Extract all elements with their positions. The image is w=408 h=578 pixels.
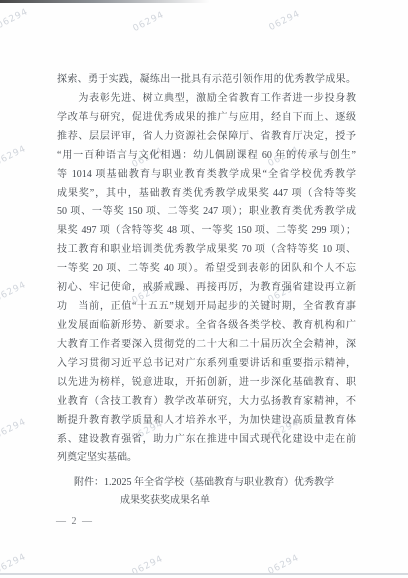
- attachment-note: 附件：1.2025 年全省学校（基础教育与职业教育）优秀教学 成果奖获奖成果名单: [57, 474, 359, 510]
- attachment-note-line2: 成果奖获奖成果名单: [57, 492, 359, 510]
- watermark: 06294: [268, 9, 303, 33]
- body-text-line: 成果奖”，其中，基础教育类优秀教学成果奖 447 项（含特等奖: [57, 185, 356, 204]
- body-text-line: 探索、勇于实践，凝练出一批具有示范引领作用的优秀教学成果。: [57, 71, 356, 90]
- body-text-line: 业发展面临新形势、新要求。全省各级各类学校、教育机构和广: [57, 317, 356, 336]
- body-text-line: 等 1014 项基础教育与职业教育类教学成果“全省学校优秀教学: [57, 166, 356, 185]
- body-text-line: “用一百种语言与文化相遇：幼儿偶剧课程 60 年的传承与创生”: [57, 147, 356, 166]
- body-text-line: 列奠定坚实基础。: [57, 449, 356, 468]
- document-body: 探索、勇于实践，凝练出一批具有示范引领作用的优秀教学成果。 为表彰先进、树立典型…: [57, 71, 356, 468]
- body-text-line: 推荐、层层评审，省人力资源社会保障厅、省教育厅决定，授予: [57, 128, 356, 147]
- body-text-line: 初心、牢记使命，戒骄戒躁、再接再厉，为教育强省建设再立新功。: [57, 279, 356, 298]
- watermark: 06294: [0, 280, 28, 304]
- watermark: 06294: [0, 144, 28, 168]
- attachment-note-line1: 附件：1.2025 年全省学校（基础教育与职业教育）优秀教学: [57, 474, 359, 492]
- body-text-line: 断提升教育教学质量和人才培养水平，为加快建设高质量教育体: [57, 412, 356, 431]
- scanned-document-page: 06294 06294 06294 06294 06294 06294 0629…: [0, 0, 408, 578]
- watermark: 06294: [0, 417, 28, 441]
- watermark: 06294: [132, 10, 167, 34]
- body-text-line: 业教育（含技工教育）教学改革研究，大力弘扬教育家精神，不: [57, 393, 356, 412]
- body-text-line: 大教育工作者要深入贯彻党的二十大和二十届历次全会精神，深: [57, 336, 356, 355]
- body-text-line: 当前，正值“十五五”规划开局起步的关键时期，全省教育事: [57, 298, 356, 317]
- body-text-line: 50 项、一等奖 150 项、二等奖 247 项）；职业教育类优秀教学成: [57, 203, 356, 222]
- page-number: — 2 —: [56, 516, 94, 527]
- body-text-line: 学改革与研究，促进优秀成果的推广与应用，经自下而上、逐级: [57, 109, 356, 128]
- watermark: 06294: [0, 7, 30, 31]
- body-text-line: 技工教育和职业培训类优秀教学成果奖 70 项（含特等奖 10 项、: [57, 241, 356, 260]
- body-text-line: 一等奖 20 项、二等奖 40 项）。希望受到表彰的团队和个人不忘: [57, 260, 356, 279]
- body-text-line: 为表彰先进、树立典型，激励全省教育工作者进一步投身教: [57, 90, 356, 109]
- body-text-line: 系、建设教育强省，助力广东在推进中国式现代化建设中走在前: [57, 431, 356, 450]
- body-text-line: 以先进为榜样，锐意进取，开拓创新，进一步深化基础教育、职: [57, 374, 356, 393]
- body-text-line: 果奖 497 项（含特等奖 48 项、一等奖 150 项、二等奖 299 项）；: [57, 222, 356, 241]
- scan-bottom-edge: [0, 573, 408, 575]
- body-text-line: 入学习贯彻习近平总书记对广东系列重要讲话和重要指示精神，: [57, 355, 356, 374]
- scan-edge-shadow: [0, 0, 210, 3]
